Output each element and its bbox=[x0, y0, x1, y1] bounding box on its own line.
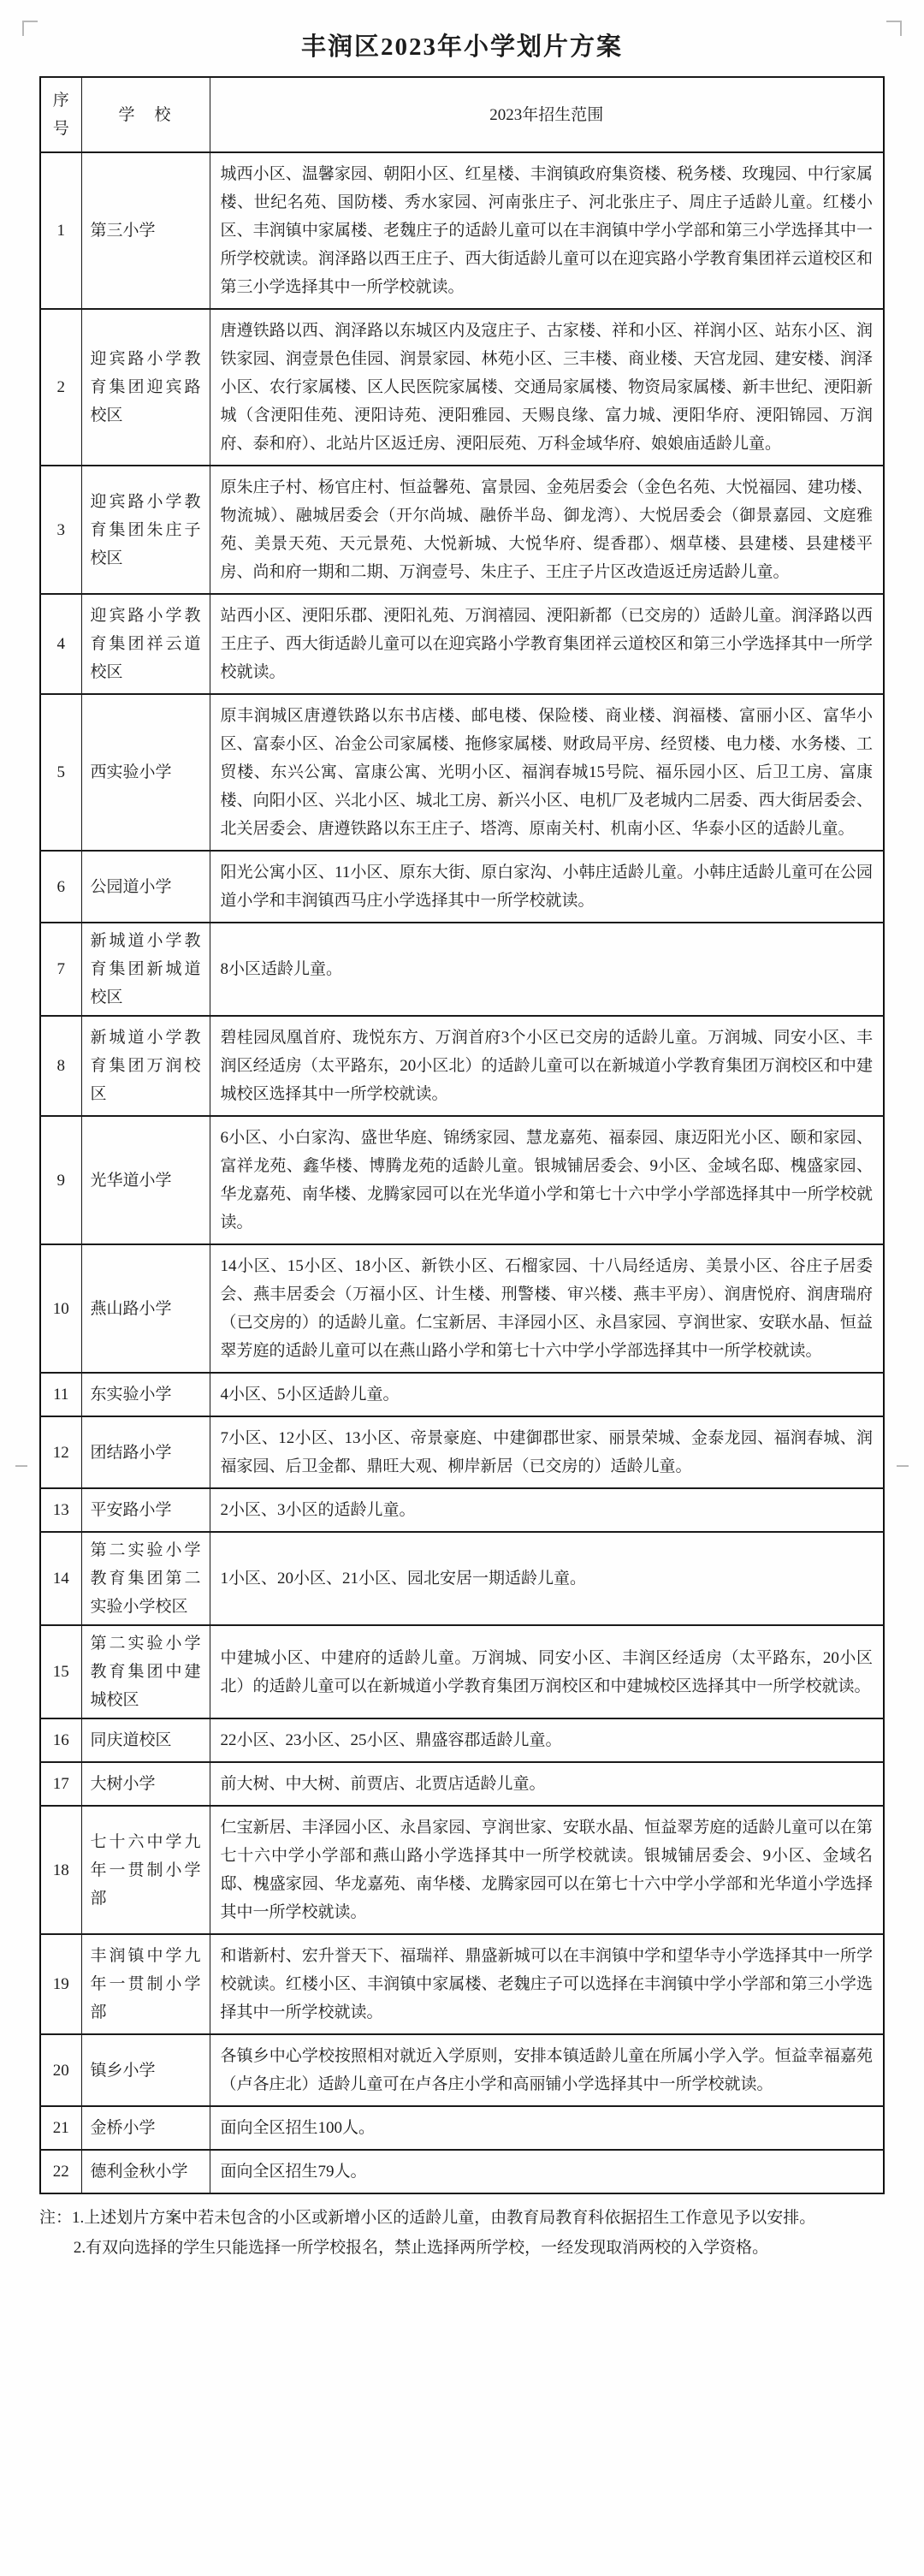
row-index-cell: 13 bbox=[40, 1488, 81, 1532]
school-name-cell: 丰润镇中学九年一贯制小学部 bbox=[81, 1934, 210, 2034]
school-name-cell: 光华道小学 bbox=[81, 1116, 210, 1244]
page-margin-mark bbox=[897, 1465, 909, 1467]
page-margin-mark bbox=[886, 21, 902, 36]
enrollment-range-cell: 原丰润城区唐遵铁路以东书店楼、邮电楼、保险楼、商业楼、润福楼、富丽小区、富华小区… bbox=[210, 694, 884, 851]
table-row: 1 第三小学 城西小区、温馨家园、朝阳小区、红星楼、丰润镇政府集资楼、税务楼、玫… bbox=[40, 152, 884, 309]
enrollment-range-cell: 1小区、20小区、21小区、园北安居一期适龄儿童。 bbox=[210, 1532, 884, 1625]
row-index-cell: 3 bbox=[40, 466, 81, 594]
table-row: 2 迎宾路小学教育集团迎宾路校区 唐遵铁路以西、润泽路以东城区内及寇庄子、古家楼… bbox=[40, 309, 884, 466]
row-index-cell: 16 bbox=[40, 1718, 81, 1762]
row-index-cell: 22 bbox=[40, 2150, 81, 2193]
row-index-cell: 20 bbox=[40, 2034, 81, 2106]
school-name-cell: 同庆道校区 bbox=[81, 1718, 210, 1762]
zoning-table: 序号 学 校 2023年招生范围 1 第三小学 城西小区、温馨家园、朝阳小区、红… bbox=[39, 76, 885, 2194]
enrollment-range-cell: 面向全区招生100人。 bbox=[210, 2106, 884, 2150]
table-row: 18 七十六中学九年一贯制小学部 仁宝新居、丰泽园小区、永昌家园、亨润世家、安联… bbox=[40, 1806, 884, 1934]
school-name-cell: 迎宾路小学教育集团祥云道校区 bbox=[81, 594, 210, 694]
row-index-cell: 14 bbox=[40, 1532, 81, 1625]
table-row: 16 同庆道校区 22小区、23小区、25小区、鼎盛容郡适龄儿童。 bbox=[40, 1718, 884, 1762]
school-name-cell: 新城道小学教育集团万润校区 bbox=[81, 1016, 210, 1116]
page-margin-mark bbox=[15, 1465, 27, 1467]
enrollment-range-cell: 14小区、15小区、18小区、新铁小区、石榴家园、十八局经适房、美景小区、谷庄子… bbox=[210, 1244, 884, 1373]
table-row: 10 燕山路小学 14小区、15小区、18小区、新铁小区、石榴家园、十八局经适房… bbox=[40, 1244, 884, 1373]
header-school: 学 校 bbox=[81, 77, 210, 152]
row-index-cell: 17 bbox=[40, 1762, 81, 1806]
enrollment-range-cell: 城西小区、温馨家园、朝阳小区、红星楼、丰润镇政府集资楼、税务楼、玫瑰园、中行家属… bbox=[210, 152, 884, 309]
table-header-row: 序号 学 校 2023年招生范围 bbox=[40, 77, 884, 152]
school-name-cell: 第三小学 bbox=[81, 152, 210, 309]
header-index: 序号 bbox=[40, 77, 81, 152]
enrollment-range-cell: 面向全区招生79人。 bbox=[210, 2150, 884, 2193]
table-body: 1 第三小学 城西小区、温馨家园、朝阳小区、红星楼、丰润镇政府集资楼、税务楼、玫… bbox=[40, 152, 884, 2193]
enrollment-range-cell: 2小区、3小区的适龄儿童。 bbox=[210, 1488, 884, 1532]
document-page: 丰润区2023年小学划片方案 序号 学 校 2023年招生范围 1 第三小学 城… bbox=[0, 0, 924, 2576]
enrollment-range-cell: 4小区、5小区适龄儿童。 bbox=[210, 1373, 884, 1416]
row-index-cell: 5 bbox=[40, 694, 81, 851]
table-row: 15 第二实验小学教育集团中建城校区 中建城小区、中建府的适龄儿童。万润城、同安… bbox=[40, 1625, 884, 1718]
row-index-cell: 4 bbox=[40, 594, 81, 694]
school-name-cell: 第二实验小学教育集团中建城校区 bbox=[81, 1625, 210, 1718]
page-title: 丰润区2023年小学划片方案 bbox=[0, 27, 924, 62]
school-name-cell: 德利金秋小学 bbox=[81, 2150, 210, 2193]
row-index-cell: 8 bbox=[40, 1016, 81, 1116]
note-line: 2.有双向选择的学生只能选择一所学校报名，禁止选择两所学校，一经发现取消两校的入… bbox=[39, 2233, 885, 2263]
row-index-cell: 12 bbox=[40, 1416, 81, 1488]
table-row: 13 平安路小学 2小区、3小区的适龄儿童。 bbox=[40, 1488, 884, 1532]
note-line: 注：1.上述划片方案中若未包含的小区或新增小区的适龄儿童，由教育局教育科依据招生… bbox=[39, 2203, 885, 2233]
enrollment-range-cell: 唐遵铁路以西、润泽路以东城区内及寇庄子、古家楼、祥和小区、祥润小区、站东小区、润… bbox=[210, 309, 884, 466]
row-index-cell: 1 bbox=[40, 152, 81, 309]
table-row: 4 迎宾路小学教育集团祥云道校区 站西小区、浭阳乐郡、浭阳礼苑、万润禧园、浭阳新… bbox=[40, 594, 884, 694]
enrollment-range-cell: 22小区、23小区、25小区、鼎盛容郡适龄儿童。 bbox=[210, 1718, 884, 1762]
school-name-cell: 迎宾路小学教育集团朱庄子校区 bbox=[81, 466, 210, 594]
table-row: 21 金桥小学 面向全区招生100人。 bbox=[40, 2106, 884, 2150]
table-row: 6 公园道小学 阳光公寓小区、11小区、原东大街、原白家沟、小韩庄适龄儿童。小韩… bbox=[40, 851, 884, 923]
row-index-cell: 10 bbox=[40, 1244, 81, 1373]
enrollment-range-cell: 和谐新村、宏升誉天下、福瑞祥、鼎盛新城可以在丰润镇中学和望华寺小学选择其中一所学… bbox=[210, 1934, 884, 2034]
table-row: 19 丰润镇中学九年一贯制小学部 和谐新村、宏升誉天下、福瑞祥、鼎盛新城可以在丰… bbox=[40, 1934, 884, 2034]
row-index-cell: 11 bbox=[40, 1373, 81, 1416]
row-index-cell: 18 bbox=[40, 1806, 81, 1934]
enrollment-range-cell: 原朱庄子村、杨官庄村、恒益馨苑、富景园、金苑居委会（金色名苑、大悦福园、建功楼、… bbox=[210, 466, 884, 594]
enrollment-range-cell: 7小区、12小区、13小区、帝景豪庭、中建御郡世家、丽景荣城、金泰龙园、福润春城… bbox=[210, 1416, 884, 1488]
enrollment-range-cell: 站西小区、浭阳乐郡、浭阳礼苑、万润禧园、浭阳新都（已交房的）适龄儿童。润泽路以西… bbox=[210, 594, 884, 694]
enrollment-range-cell: 前大树、中大树、前贾店、北贾店适龄儿童。 bbox=[210, 1762, 884, 1806]
table-row: 3 迎宾路小学教育集团朱庄子校区 原朱庄子村、杨官庄村、恒益馨苑、富景园、金苑居… bbox=[40, 466, 884, 594]
enrollment-range-cell: 碧桂园凤凰首府、珑悦东方、万润首府3个小区已交房的适龄儿童。万润城、同安小区、丰… bbox=[210, 1016, 884, 1116]
table-row: 12 团结路小学 7小区、12小区、13小区、帝景豪庭、中建御郡世家、丽景荣城、… bbox=[40, 1416, 884, 1488]
table-row: 7 新城道小学教育集团新城道校区 8小区适龄儿童。 bbox=[40, 923, 884, 1016]
enrollment-range-cell: 各镇乡中心学校按照相对就近入学原则，安排本镇适龄儿童在所属小学入学。恒益幸福嘉苑… bbox=[210, 2034, 884, 2106]
school-name-cell: 大树小学 bbox=[81, 1762, 210, 1806]
table-row: 17 大树小学 前大树、中大树、前贾店、北贾店适龄儿童。 bbox=[40, 1762, 884, 1806]
school-name-cell: 东实验小学 bbox=[81, 1373, 210, 1416]
row-index-cell: 15 bbox=[40, 1625, 81, 1718]
school-name-cell: 公园道小学 bbox=[81, 851, 210, 923]
table-row: 14 第二实验小学教育集团第二实验小学校区 1小区、20小区、21小区、园北安居… bbox=[40, 1532, 884, 1625]
table-row: 20 镇乡小学 各镇乡中心学校按照相对就近入学原则，安排本镇适龄儿童在所属小学入… bbox=[40, 2034, 884, 2106]
enrollment-range-cell: 阳光公寓小区、11小区、原东大街、原白家沟、小韩庄适龄儿童。小韩庄适龄儿童可在公… bbox=[210, 851, 884, 923]
row-index-cell: 7 bbox=[40, 923, 81, 1016]
row-index-cell: 21 bbox=[40, 2106, 81, 2150]
enrollment-range-cell: 仁宝新居、丰泽园小区、永昌家园、亨润世家、安联水晶、恒益翠芳庭的适龄儿童可以在第… bbox=[210, 1806, 884, 1934]
school-name-cell: 金桥小学 bbox=[81, 2106, 210, 2150]
table-row: 22 德利金秋小学 面向全区招生79人。 bbox=[40, 2150, 884, 2193]
notes-section: 注：1.上述划片方案中若未包含的小区或新增小区的适龄儿童，由教育局教育科依据招生… bbox=[39, 2203, 885, 2297]
school-name-cell: 七十六中学九年一贯制小学部 bbox=[81, 1806, 210, 1934]
enrollment-range-cell: 中建城小区、中建府的适龄儿童。万润城、同安小区、丰润区经适房（太平路东，20小区… bbox=[210, 1625, 884, 1718]
school-name-cell: 镇乡小学 bbox=[81, 2034, 210, 2106]
header-enrollment-range: 2023年招生范围 bbox=[210, 77, 884, 152]
table-row: 8 新城道小学教育集团万润校区 碧桂园凤凰首府、珑悦东方、万润首府3个小区已交房… bbox=[40, 1016, 884, 1116]
table-row: 5 西实验小学 原丰润城区唐遵铁路以东书店楼、邮电楼、保险楼、商业楼、润福楼、富… bbox=[40, 694, 884, 851]
school-name-cell: 团结路小学 bbox=[81, 1416, 210, 1488]
school-name-cell: 新城道小学教育集团新城道校区 bbox=[81, 923, 210, 1016]
school-name-cell: 迎宾路小学教育集团迎宾路校区 bbox=[81, 309, 210, 466]
school-name-cell: 第二实验小学教育集团第二实验小学校区 bbox=[81, 1532, 210, 1625]
table-row: 9 光华道小学 6小区、小白家沟、盛世华庭、锦绣家园、慧龙嘉苑、福泰园、康迈阳光… bbox=[40, 1116, 884, 1244]
page-margin-mark bbox=[22, 21, 38, 36]
school-name-cell: 燕山路小学 bbox=[81, 1244, 210, 1373]
row-index-cell: 19 bbox=[40, 1934, 81, 2034]
school-name-cell: 西实验小学 bbox=[81, 694, 210, 851]
enrollment-range-cell: 8小区适龄儿童。 bbox=[210, 923, 884, 1016]
row-index-cell: 2 bbox=[40, 309, 81, 466]
row-index-cell: 6 bbox=[40, 851, 81, 923]
row-index-cell: 9 bbox=[40, 1116, 81, 1244]
school-name-cell: 平安路小学 bbox=[81, 1488, 210, 1532]
table-row: 11 东实验小学 4小区、5小区适龄儿童。 bbox=[40, 1373, 884, 1416]
enrollment-range-cell: 6小区、小白家沟、盛世华庭、锦绣家园、慧龙嘉苑、福泰园、康迈阳光小区、颐和家园、… bbox=[210, 1116, 884, 1244]
